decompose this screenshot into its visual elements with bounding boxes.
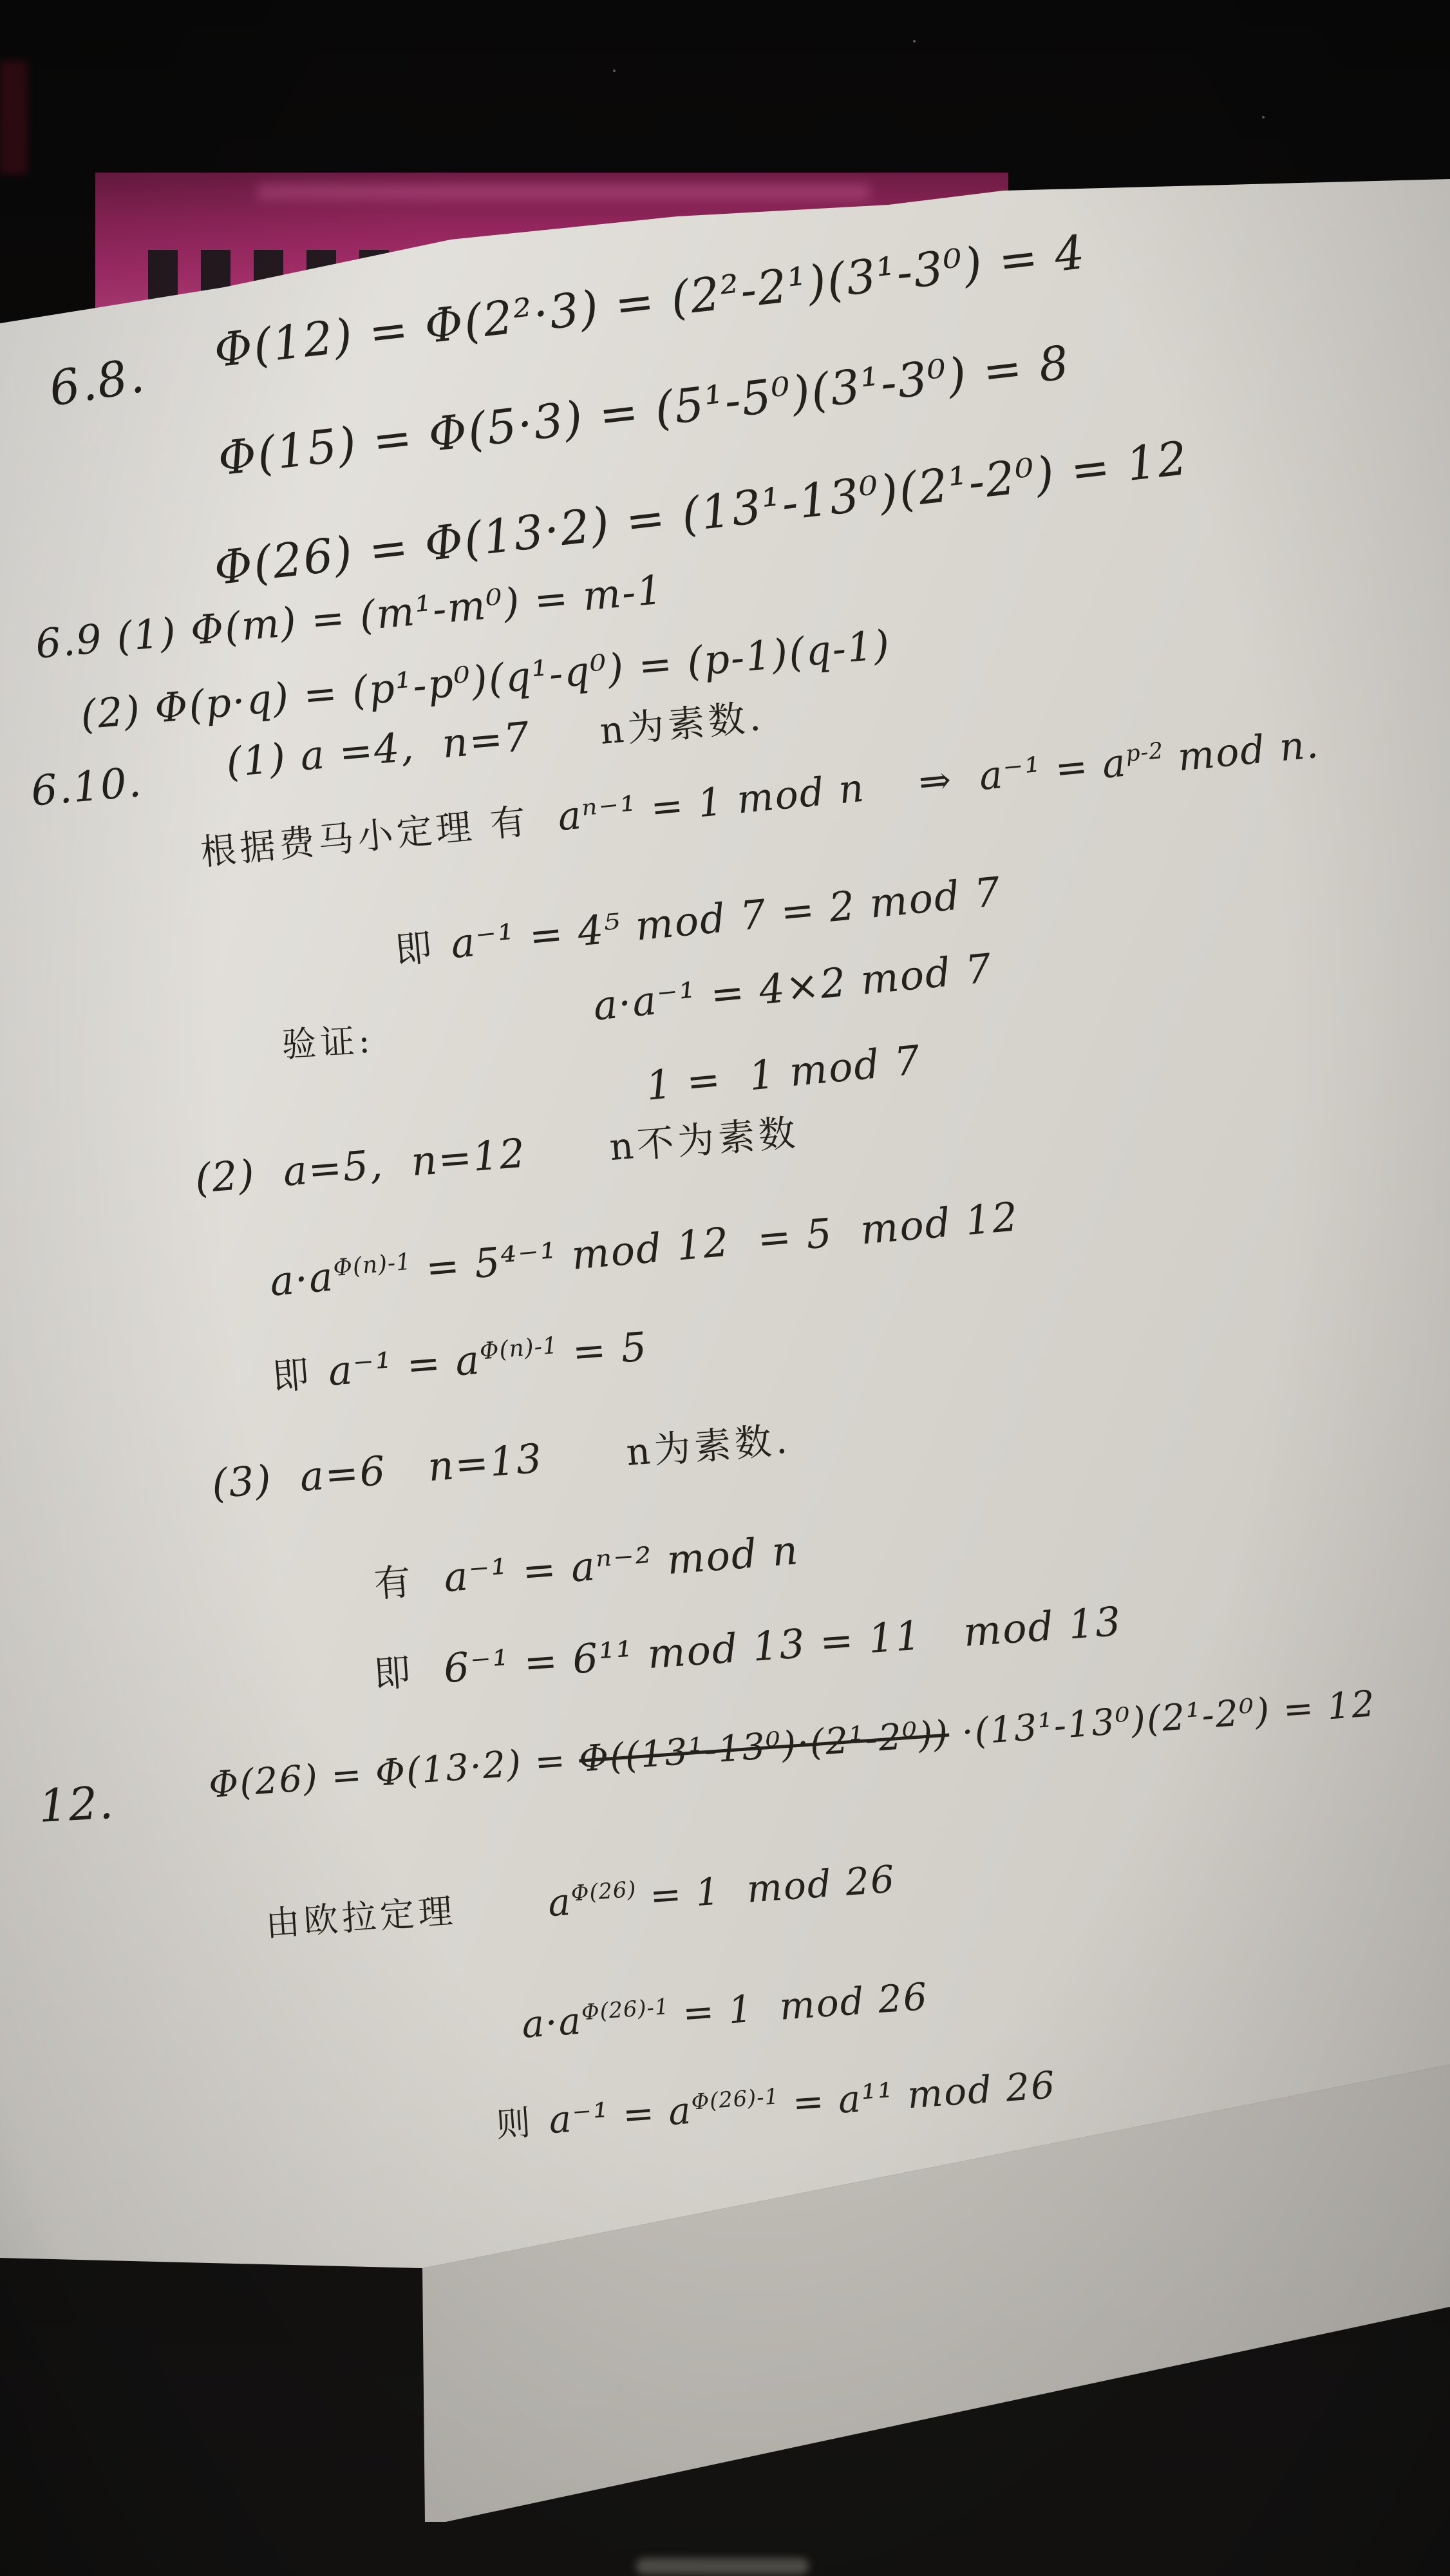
exponent: Φ(n)-1 [478,1332,559,1365]
text-segment: Φ(26) = Φ(13·2) = [207,1739,580,1806]
text-segment: = 5⁴⁻¹ mod 12 = 5 mod 12 [410,1193,1021,1293]
text-segment: n为素数. [625,1419,792,1474]
text-segment: n为素数. [598,696,766,753]
label-6-10: 6.10. [29,757,144,818]
text-segment: a⁻¹ = aⁿ⁻² mod n [428,1526,800,1602]
text-segment: 6.10. [29,759,144,816]
label-12: 12. [37,1775,116,1835]
text-segment: ·(13¹-13⁰)(2¹-2⁰) = 12 [948,1683,1377,1754]
line-case2: (2) a=5, n=12 n不为素数 [193,1106,801,1204]
line-euler-2: a·aΦ(26)-1 = 1 mod 26 [520,1973,930,2048]
text-segment: a⁻¹ = a [326,1336,482,1395]
text-segment: = 5 [557,1323,650,1377]
text-segment: a⁻¹ = a [547,2088,693,2142]
exponent: Φ(n)-1 [332,1248,413,1281]
line-case3-inverse: 即 6⁻¹ = 6¹¹ mod 13 = 11 mod 13 [372,1596,1124,1699]
text-segment: mod n. [1162,722,1321,782]
text-segment: a·a [520,1998,583,2046]
text-segment: 根据费马小定理 有 [199,800,547,874]
text-segment: = a¹¹ mod 26 [778,2063,1057,2126]
label-verify: 验证: [281,1016,375,1068]
line-case3: (3) a=6 n=13 n为素数. [210,1414,793,1509]
handwriting-layer: 6.8.Φ(12) = Φ(2²·3) = (2²-2¹)(3¹-3⁰) = 4… [0,0,1450,2576]
text-segment: a·a⁻¹ = 4×2 mod 7 [591,944,994,1029]
text-segment: 即 [373,1650,432,1696]
label-6-8: 6.8. [45,346,149,420]
text-segment: 有 [373,1559,432,1606]
line-verify-2: 1 = 1 mod 7 [644,1035,923,1111]
text-segment: = 1 mod 26 [636,1857,897,1919]
text-segment: Φ((13¹-13⁰)·(2¹-2⁰)) [578,1713,950,1781]
text-segment: 由欧拉定理 [264,1890,457,1944]
text-segment: 即 [393,925,453,972]
exponent: Φ(26)-1 [581,1994,670,2025]
line-case3-eq: 有 a⁻¹ = aⁿ⁻² mod n [372,1525,801,1608]
text-segment: 1 = 1 mod 7 [644,1036,923,1110]
text-segment: 12. [37,1776,115,1833]
text-segment: aⁿ⁻¹ = 1 mod n ⇒ a⁻¹ = a [542,741,1129,842]
text-segment: 6⁻¹ = 6¹¹ mod 13 = 11 mod 13 [428,1598,1124,1693]
exponent: Φ(26) [570,1877,637,1906]
text-segment: 6.8. [45,348,149,417]
text-segment: (3) a=6 n=13 [210,1428,628,1507]
exponent: Φ(26)-1 [690,2083,780,2114]
text-segment: = 1 mod 26 [668,1975,930,2036]
line-12-phi26: Φ(26) = Φ(13·2) = Φ((13¹-13⁰)·(2¹-2⁰)) ·… [207,1681,1377,1808]
text-segment: a [455,1880,573,1931]
exponent: p-2 [1124,738,1165,767]
text-segment: n不为素数 [608,1112,800,1169]
line-euler-3: 则 a⁻¹ = aΦ(26)-1 = a¹¹ mod 26 [494,2061,1057,2147]
text-segment: 即 [271,1352,330,1399]
line-case2-eq: a·aΦ(n)-1 = 5⁴⁻¹ mod 12 = 5 mod 12 [268,1191,1021,1307]
line-verify-1: a·a⁻¹ = 4×2 mod 7 [591,943,995,1031]
text-segment: 验证: [281,1020,375,1065]
text-segment: 则 [494,2101,551,2145]
line-euler-theorem: 由欧拉定理 aΦ(26) = 1 mod 26 [264,1856,897,1947]
text-segment: (2) a=5, n=12 [193,1122,611,1202]
text-segment: a·a [268,1253,336,1305]
line-case2-inverse: 即 a⁻¹ = aΦ(n)-1 = 5 [270,1321,650,1401]
